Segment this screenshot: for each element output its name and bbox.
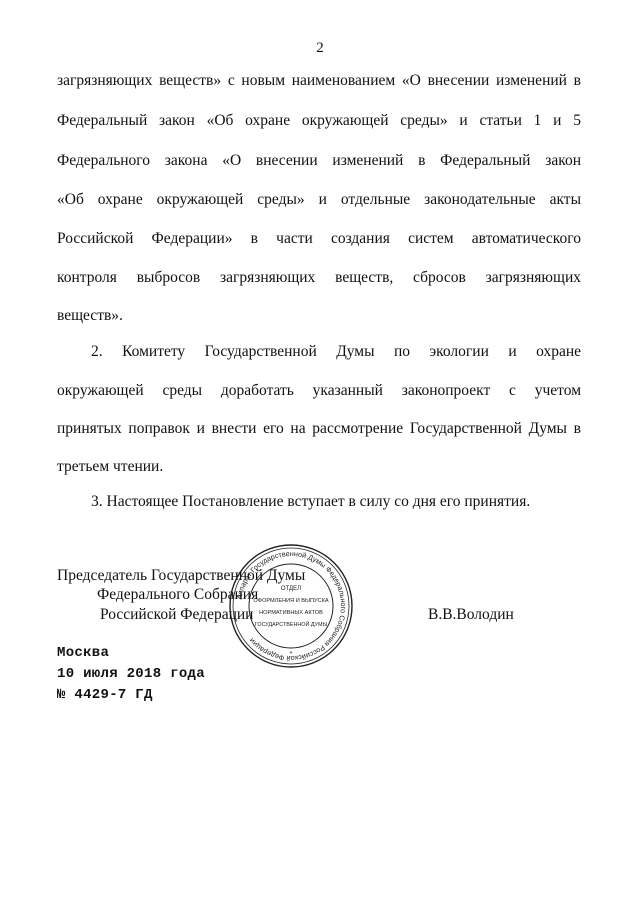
date: 10 июля 2018 года	[57, 666, 205, 682]
official-stamp: Аппарат Государственной Думы Федеральног…	[228, 543, 354, 669]
document-number: № 4429-7 ГД	[57, 687, 153, 703]
svg-text:Аппарат Государственной Думы Ф: Аппарат Государственной Думы Федеральног…	[234, 549, 348, 663]
text-line: третьем чтении.	[57, 458, 581, 476]
text-line: загрязняющих веществ» с новым наименован…	[57, 72, 581, 90]
city: Москва	[57, 645, 109, 661]
text-line: 2. Комитету Государственной Думы по экол…	[91, 343, 581, 361]
page-number: 2	[0, 40, 640, 57]
stamp-seal-icon: Аппарат Государственной Думы Федеральног…	[228, 543, 354, 669]
text-line: окружающей среды доработать указанный за…	[57, 382, 581, 400]
text-line: Федеральный закон «Об охране окружающей …	[57, 112, 581, 130]
text-line: контроля выбросов загрязняющих веществ, …	[57, 269, 581, 287]
text-line: Российской Федерации» в части создания с…	[57, 230, 581, 248]
svg-text:НОРМАТИВНЫХ АКТОВ: НОРМАТИВНЫХ АКТОВ	[259, 610, 323, 616]
text-line: «Об охране окружающей среды» и отдельные…	[57, 191, 581, 209]
text-line: веществ».	[57, 307, 581, 325]
svg-text:ГОСУДАРСТВЕННОЙ ДУМЫ: ГОСУДАРСТВЕННОЙ ДУМЫ	[255, 620, 328, 628]
svg-text:ОФОРМЛЕНИЯ И ВЫПУСКА: ОФОРМЛЕНИЯ И ВЫПУСКА	[253, 598, 328, 604]
signatory-name: В.В.Володин	[428, 606, 514, 624]
svg-text:ОТДЕЛ: ОТДЕЛ	[281, 586, 301, 592]
text-line: Федерального закона «О внесении изменени…	[57, 152, 581, 170]
text-line: принятых поправок и внести его на рассмо…	[57, 420, 581, 438]
paragraph-3: 3. Настоящее Постановление вступает в си…	[91, 493, 615, 511]
svg-text:*: *	[290, 651, 293, 658]
